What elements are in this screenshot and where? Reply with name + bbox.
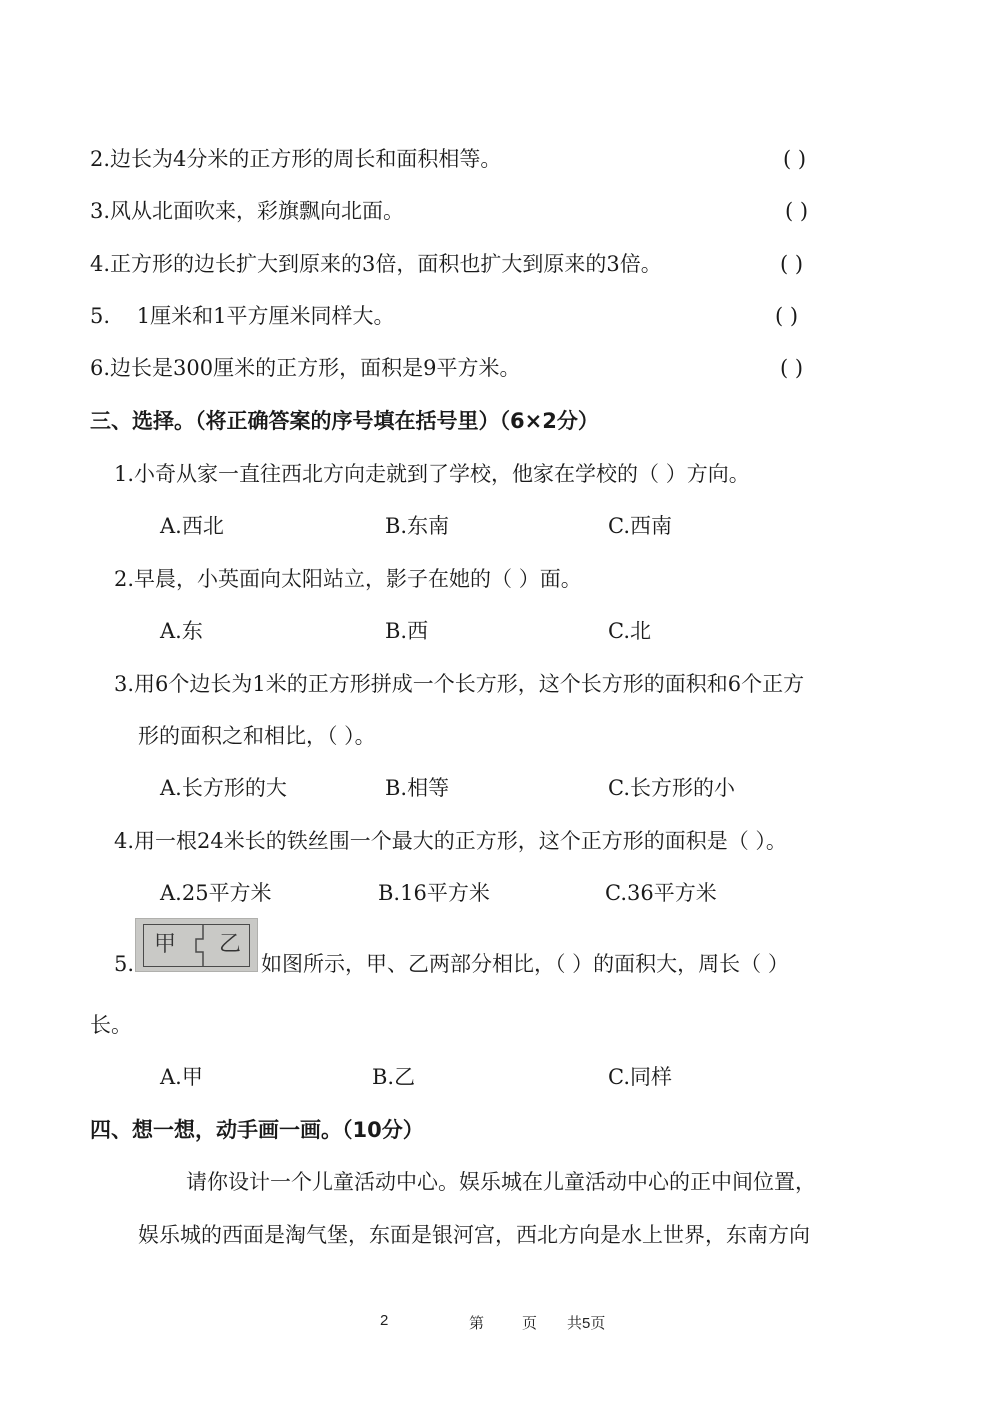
section-3-heading: 三、选择。（将正确答案的序号填在括号里）（6×2分） [90,407,599,435]
tf-item-4: 4.正方形的边长扩大到原来的3倍，面积也扩大到原来的3倍。 [90,250,662,278]
option-a[interactable]: A.东 [160,617,203,645]
option-c[interactable]: C.北 [608,617,651,645]
answer-paren[interactable]: ( ) [785,197,808,225]
jia-yi-figure: 甲 乙 [135,918,258,972]
option-b[interactable]: B.乙 [372,1063,415,1091]
section-4-paragraph-line1: 请你设计一个儿童活动中心。娱乐城在儿童活动中心的正中间位置， [186,1168,816,1196]
option-b[interactable]: B.东南 [385,512,449,540]
option-b[interactable]: B.相等 [385,774,449,802]
tf-item-2: 2.边长为4分米的正方形的周长和面积相等。 [90,145,501,173]
option-b[interactable]: B.西 [385,617,428,645]
option-a[interactable]: A.25平方米 [160,879,272,907]
mc-question-5-number: 5. [114,950,134,978]
answer-paren[interactable]: ( ) [780,354,803,382]
tf-item-3: 3.风从北面吹来，彩旗飘向北面。 [90,197,404,225]
option-a[interactable]: A.长方形的大 [160,774,287,802]
option-c[interactable]: C.长方形的小 [608,774,735,802]
option-a[interactable]: A.西北 [160,512,224,540]
footer-page-number: 2 [380,1312,388,1329]
figure-label-yi: 乙 [219,927,241,958]
section-4-heading: 四、想一想，动手画一画。（10分） [90,1116,424,1144]
option-c[interactable]: C.西南 [608,512,672,540]
footer-total-pages: 共5页 [567,1312,605,1333]
mc-question-4: 4.用一根24米长的铁丝围一个最大的正方形，这个正方形的面积是（ ）。 [114,827,787,855]
answer-paren[interactable]: ( ) [780,250,803,278]
option-c[interactable]: C.36平方米 [605,879,717,907]
tf-item-5: 5. 1厘米和1平方厘米同样大。 [90,302,394,330]
mc-question-5: 如图所示，甲、乙两部分相比，（ ）的面积大，周长（ ） [261,950,789,978]
answer-paren[interactable]: ( ) [783,145,806,173]
section-4-paragraph-line2: 娱乐城的西面是淘气堡，东面是银河宫，西北方向是水上世界，东南方向 [138,1221,810,1249]
footer-page-suffix: 页 [522,1312,537,1333]
mc-question-3-cont: 形的面积之和相比，（ ）。 [138,722,376,750]
mc-question-2: 2.早晨，小英面向太阳站立，影子在她的（ ）面。 [114,565,582,593]
footer-page-prefix: 第 [469,1312,484,1333]
option-a[interactable]: A.甲 [160,1063,203,1091]
answer-paren[interactable]: ( ) [775,302,798,330]
mc-question-3: 3.用6个边长为1米的正方形拼成一个长方形，这个长方形的面积和6个正方 [114,670,804,698]
mc-question-1: 1.小奇从家一直往西北方向走就到了学校，他家在学校的（ ）方向。 [114,460,750,488]
mc-question-5-cont: 长。 [90,1011,132,1039]
tf-item-6: 6.边长是300厘米的正方形，面积是9平方米。 [90,354,520,382]
option-c[interactable]: C.同样 [608,1063,672,1091]
option-b[interactable]: B.16平方米 [378,879,490,907]
figure-label-jia: 甲 [154,927,176,958]
